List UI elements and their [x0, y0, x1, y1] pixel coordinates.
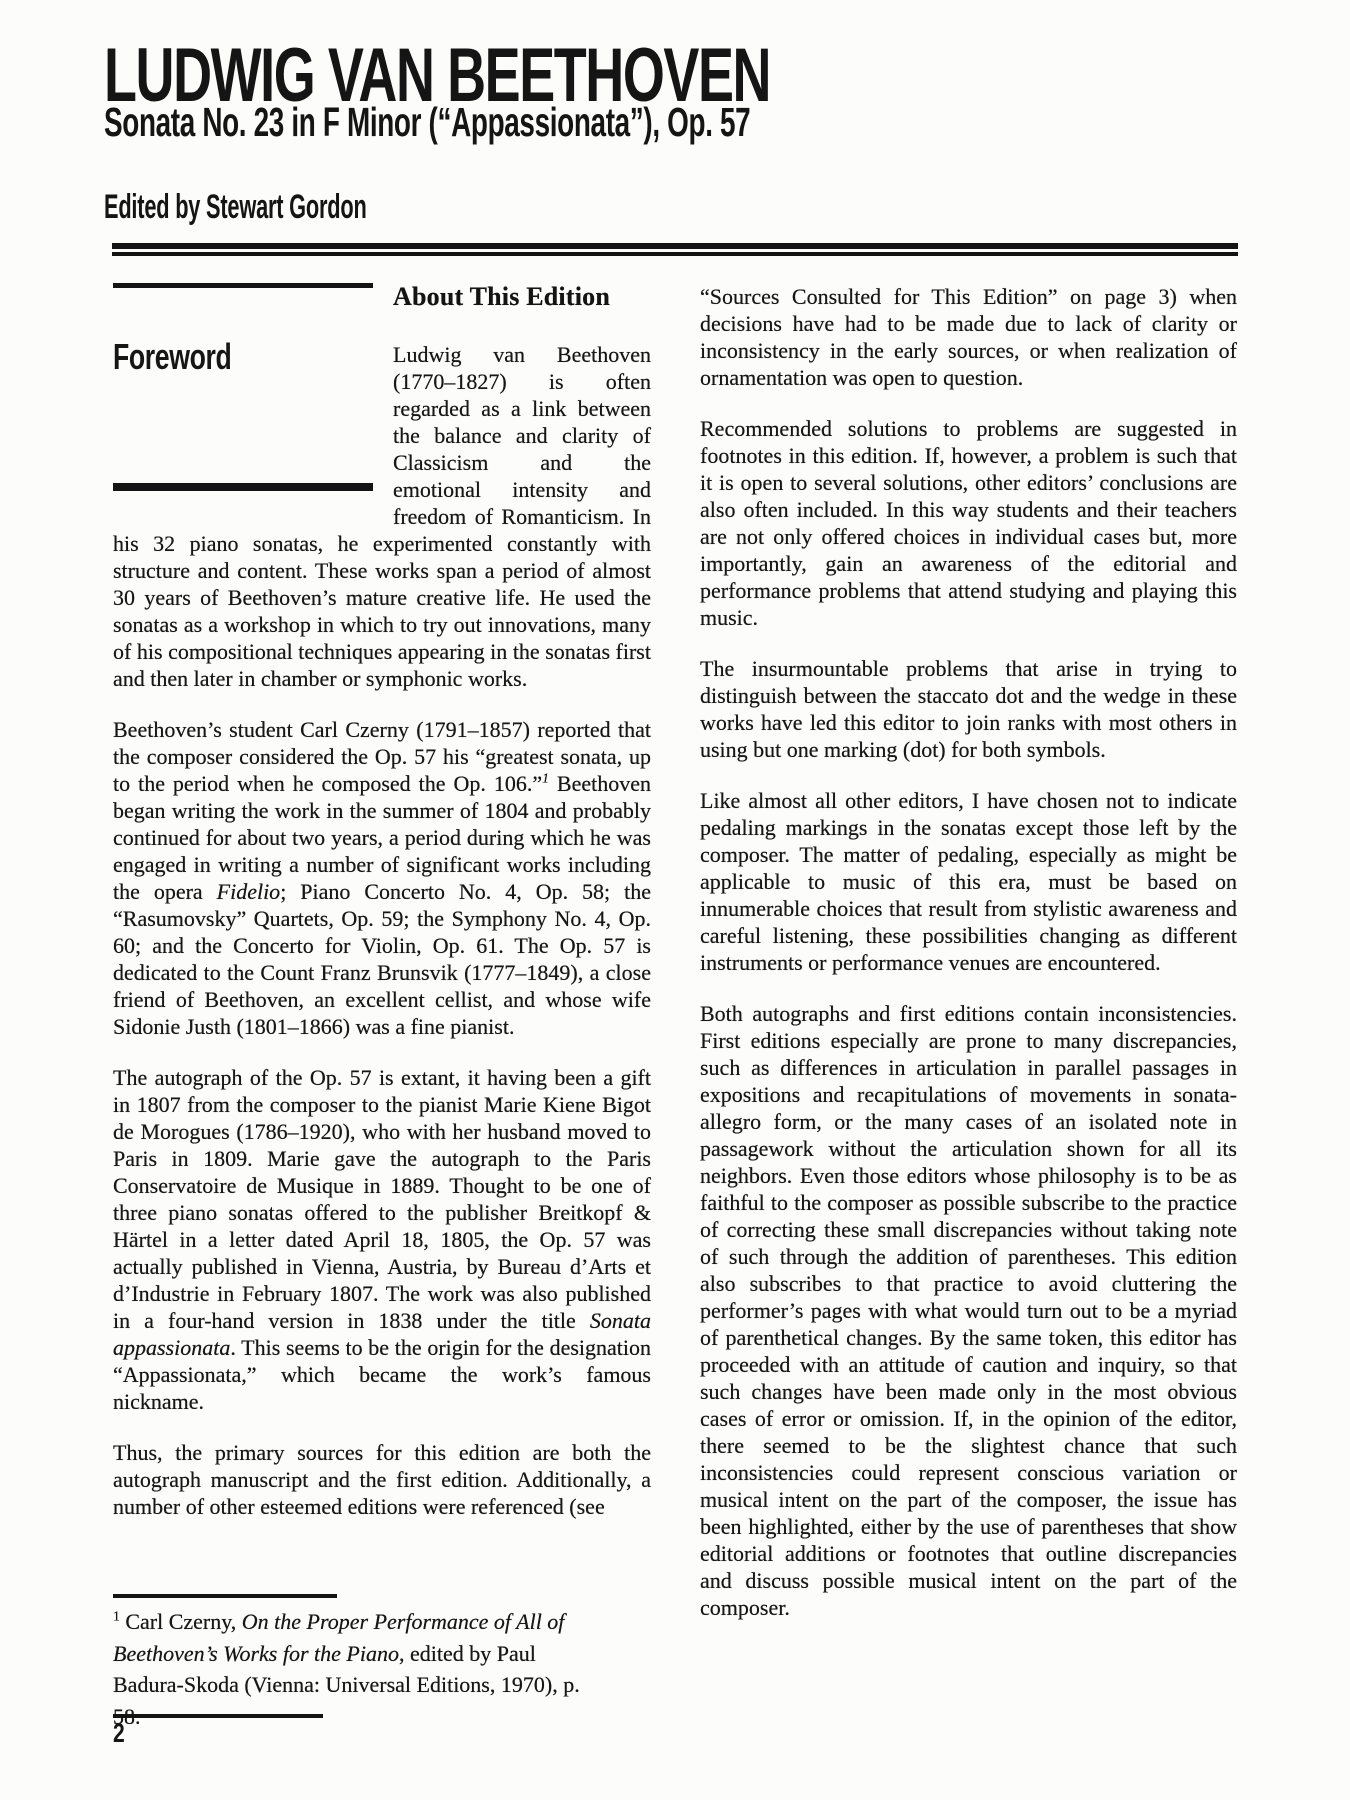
left-column: Foreword About This Edition Ludwig van B… — [113, 283, 651, 1520]
text-run: The insurmountable problems that arise i… — [700, 656, 1237, 762]
text-run: The autograph of the Op. 57 is extant, i… — [113, 1065, 651, 1333]
paragraph: Recommended solutions to problems are su… — [700, 415, 1237, 631]
header-double-rule — [112, 243, 1238, 256]
foreword-heading: Foreword — [113, 337, 231, 377]
foreword-rule-bottom — [113, 483, 373, 491]
text-run: Both autographs and first editions conta… — [700, 1001, 1237, 1620]
right-column: “Sources Consulted for This Edition” on … — [700, 283, 1237, 1621]
editor-line: Edited by Stewart Gordon — [104, 188, 367, 227]
foreword-section-block: Foreword — [113, 283, 393, 525]
text-run: Recommended solutions to problems are su… — [700, 416, 1237, 630]
paragraph: “Sources Consulted for This Edition” on … — [700, 283, 1237, 391]
paragraph: The insurmountable problems that arise i… — [700, 655, 1237, 763]
paragraph: Both autographs and first editions conta… — [700, 1000, 1237, 1621]
foreword-rule-top — [113, 283, 373, 288]
text-run: Carl Czerny, — [120, 1609, 242, 1634]
text-run: “Sources Consulted for This Edition” on … — [700, 284, 1237, 390]
italic-text: Fidelio — [217, 879, 281, 904]
work-title: Sonata No. 23 in F Minor (“Appassionata”… — [104, 99, 750, 146]
right-column-paragraphs: “Sources Consulted for This Edition” on … — [700, 283, 1237, 1621]
footnote-marker: 1 — [542, 771, 549, 786]
page-number: 2 — [113, 1718, 125, 1749]
paragraph: Like almost all other editors, I have ch… — [700, 787, 1237, 976]
paragraph: Thus, the primary sources for this editi… — [113, 1439, 651, 1520]
footnote-marker: 1 — [113, 1609, 120, 1624]
paragraph: Beethoven’s student Carl Czerny (1791–18… — [113, 716, 651, 1040]
text-run: Like almost all other editors, I have ch… — [700, 788, 1237, 975]
footer-rule — [113, 1714, 323, 1718]
footnote-rule — [113, 1594, 337, 1598]
footnote-block: 1 Carl Czerny, On the Proper Performance… — [113, 1594, 585, 1732]
text-run: Thus, the primary sources for this editi… — [113, 1440, 651, 1519]
paragraph: The autograph of the Op. 57 is extant, i… — [113, 1064, 651, 1415]
